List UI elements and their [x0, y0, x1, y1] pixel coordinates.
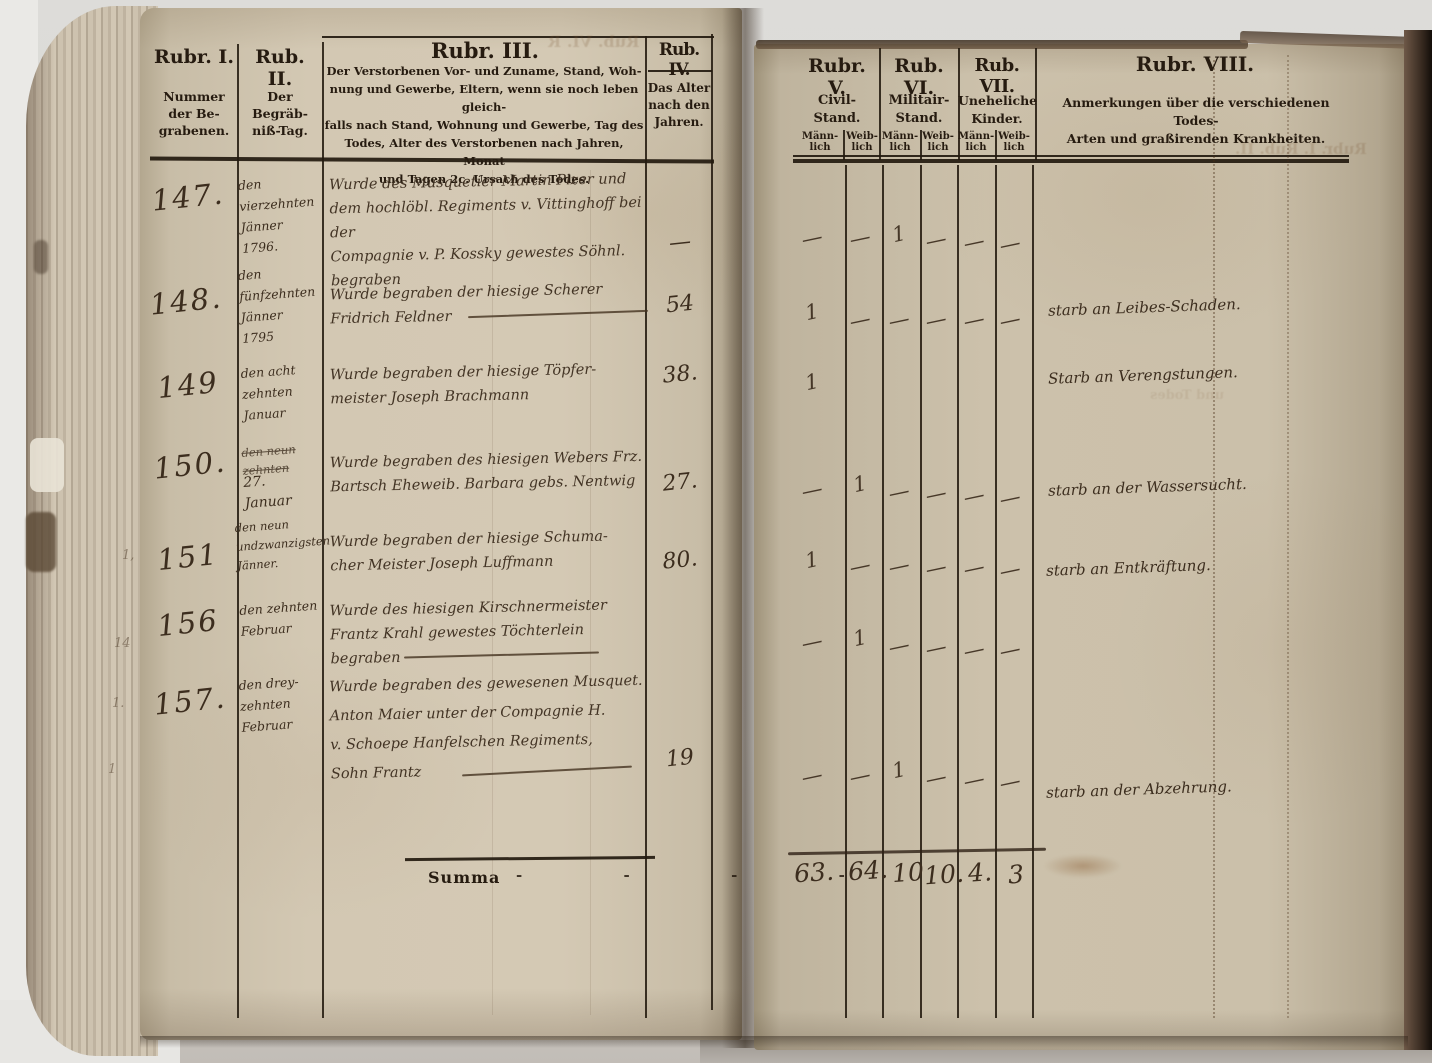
col2-title: Rub. II. — [240, 46, 320, 90]
entry-text: Wurde des Musquetier Martin Pizer und de… — [329, 167, 653, 294]
gender-header: Männ- lich — [880, 131, 920, 153]
burial-register-photo: Rubr. I. Nummer der Be- grabenen. Rub. I… — [0, 0, 1432, 1063]
bleed-through-text: und Todes — [1150, 388, 1224, 403]
book-cover-edge — [1404, 30, 1432, 1050]
dark-spot — [34, 240, 48, 274]
col6-subtitle: Militair- Stand. — [882, 92, 956, 128]
margin-mark: 1 — [108, 762, 116, 777]
gender-header: Weib- lich — [918, 131, 958, 153]
bleed-through-text: Rub. VI. R — [548, 32, 640, 51]
gender-header: Weib- lich — [842, 131, 882, 153]
ink-smudge-stain — [1044, 854, 1122, 878]
paper-damage-patch — [30, 438, 64, 492]
col4-subtitle: Das Alter nach den Jahren. — [646, 80, 712, 131]
burial-date: den fünfzehnten Jänner 1795 — [237, 259, 327, 349]
tally-column-line — [920, 165, 922, 1018]
col3-title: Rubr. III. — [400, 38, 570, 63]
dark-damage-spot — [26, 512, 56, 572]
col1-title: Rubr. I. — [152, 46, 236, 68]
gender-header: Männ- lich — [800, 131, 840, 153]
gender-header: Männ- lich — [956, 131, 996, 153]
col4-title: Rub. IV. — [646, 40, 712, 80]
summa-value: 3 — [993, 859, 1039, 891]
col1-subtitle: Nummer der Be- grabenen. — [152, 88, 236, 139]
burial-date: 27. Januar — [243, 467, 330, 515]
entry-text: Wurde begraben der hiesige Schuma- cher … — [330, 524, 653, 579]
right-page — [754, 44, 1412, 1050]
entry-text: Wurde begraben der hiesige Scherer Fridr… — [330, 277, 653, 332]
col8-title: Rubr. VIII. — [1100, 52, 1290, 76]
burial-date: den drey- zehnten Februar — [238, 669, 326, 738]
burial-date: den acht zehnten Januar — [240, 357, 328, 426]
tally-column-line — [882, 165, 884, 1018]
paper-crease-dotted — [1213, 60, 1215, 1018]
book-block-top-edge — [756, 40, 1248, 49]
entry-text: Wurde begraben des hiesigen Webers Frz. … — [330, 445, 653, 500]
entry-text: Wurde begraben des gewesenen Musquet. An… — [329, 667, 653, 790]
margin-mark: 1. — [112, 696, 124, 711]
column-line — [711, 34, 713, 1010]
col2-subtitle: Der Begräb- niß-Tag. — [240, 88, 320, 139]
entry-text: Wurde begraben der hiesige Töpfer- meist… — [330, 357, 653, 412]
header-rule-thick — [793, 159, 1349, 163]
gender-header: Weib- lich — [994, 131, 1034, 153]
margin-mark: 1, — [122, 548, 134, 563]
col5-subtitle: Civil- Stand. — [796, 92, 878, 128]
burial-date: den zehnten Februar — [239, 594, 326, 642]
tally-column-line — [957, 165, 959, 1018]
margin-mark: 14 — [114, 636, 131, 651]
col7-subtitle: Uneheliche Kinder. — [958, 92, 1036, 128]
burial-date: den vierzehnten Jänner 1796. — [237, 169, 327, 259]
paper-crease-dotted — [1287, 55, 1289, 1018]
summa-value: 63. — [791, 857, 837, 889]
col7-title: Rub. VII. — [960, 55, 1034, 97]
bleed-through-text: Rubr. I. Rub. II. — [1235, 140, 1367, 158]
entry-text: Wurde des hiesigen Kirschnermeister Fran… — [329, 593, 652, 672]
bottom-page-shadow — [140, 1036, 1408, 1048]
tally-column-line — [1032, 165, 1034, 1018]
tally-column-line — [845, 165, 847, 1018]
burial-date: den neun undzwanzigsten Jänner. — [234, 513, 322, 576]
summa-label: Summa — [428, 868, 500, 887]
